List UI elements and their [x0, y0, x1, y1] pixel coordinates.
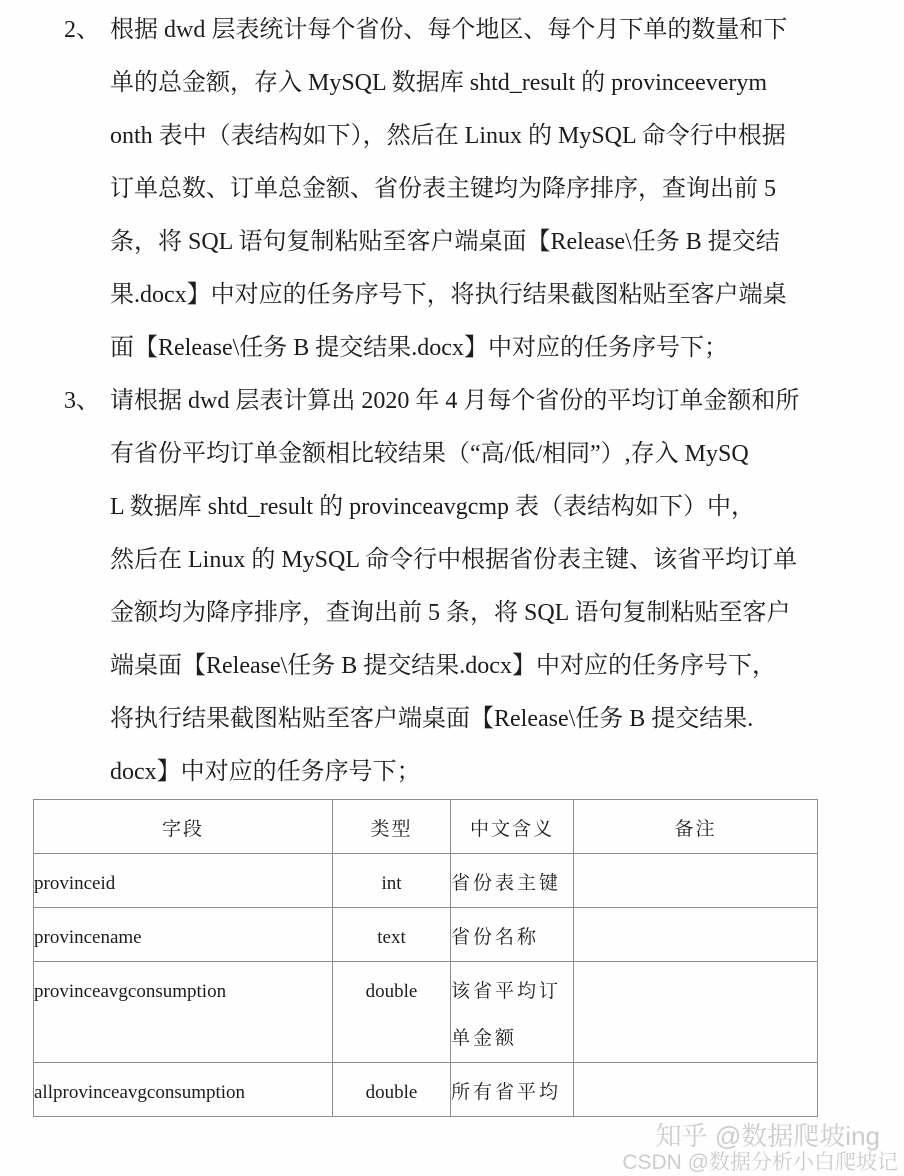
cell-meaning: 省份名称 — [451, 908, 574, 962]
task-text-line: 将执行结果截图粘贴至客户端桌面【Release\任务 B 提交结果. — [110, 693, 904, 746]
task-text-line: 有省份平均订单金额相比较结果（“高/低/相同”）,存入 MySQ — [110, 428, 904, 481]
cell-field: allprovinceavgconsumption — [34, 1063, 333, 1117]
cell-type: text — [333, 908, 451, 962]
cell-field: provincename — [34, 908, 333, 962]
task-text-line: 面【Release\任务 B 提交结果.docx】中对应的任务序号下； — [110, 322, 904, 375]
cell-meaning: 该省平均订 单金额 — [451, 962, 574, 1063]
cell-note — [574, 908, 818, 962]
table-row: provinceid int 省份表主键 — [34, 854, 818, 908]
cell-type: int — [333, 854, 451, 908]
table-header-row: 字段 类型 中文含义 备注 — [34, 800, 818, 854]
col-header-field: 字段 — [34, 800, 333, 854]
cell-type: double — [333, 962, 451, 1063]
task-text-line: 订单总数、订单总金额、省份表主键均为降序排序，查询出前 5 — [110, 163, 904, 216]
cell-field: provinceavgconsumption — [34, 962, 333, 1063]
task-text-line: 单的总金额，存入 MySQL 数据库 shtd_result 的 provinc… — [110, 57, 904, 110]
cell-meaning: 所有省平均 — [451, 1063, 574, 1117]
cell-meaning: 省份表主键 — [451, 854, 574, 908]
table-row: allprovinceavgconsumption double 所有省平均 — [34, 1063, 818, 1117]
task-text-line: 然后在 Linux 的 MySQL 命令行中根据省份表主键、该省平均订单 — [110, 534, 904, 587]
task-text-line: 端桌面【Release\任务 B 提交结果.docx】中对应的任务序号下， — [110, 640, 904, 693]
schema-table: 字段 类型 中文含义 备注 provinceid int 省份表主键 provi… — [33, 799, 818, 1117]
cell-note — [574, 854, 818, 908]
task-text-line: 果.docx】中对应的任务序号下，将执行结果截图粘贴至客户端桌 — [110, 269, 904, 322]
task-item-2: 2、 根据 dwd 层表统计每个省份、每个地区、每个月下单的数量和下 单的总金额… — [0, 4, 904, 375]
watermark-csdn: CSDN @数据分析小白爬坡记 — [622, 1146, 898, 1176]
task-text-line: onth 表中（表结构如下），然后在 Linux 的 MySQL 命令行中根据 — [110, 110, 904, 163]
cell-type: double — [333, 1063, 451, 1117]
task-text-line: docx】中对应的任务序号下； — [110, 746, 904, 799]
document-page: 2、 根据 dwd 层表统计每个省份、每个地区、每个月下单的数量和下 单的总金额… — [0, 0, 904, 1176]
task-number: 3、 — [64, 375, 100, 428]
task-list: 2、 根据 dwd 层表统计每个省份、每个地区、每个月下单的数量和下 单的总金额… — [0, 4, 904, 799]
table-row: provinceavgconsumption double 该省平均订 单金额 — [34, 962, 818, 1063]
cell-note — [574, 962, 818, 1063]
cell-field: provinceid — [34, 854, 333, 908]
task-text-line: 金额均为降序排序，查询出前 5 条，将 SQL 语句复制粘贴至客户 — [110, 587, 904, 640]
task-number: 2、 — [64, 4, 100, 57]
task-text-line: 请根据 dwd 层表计算出 2020 年 4 月每个省份的平均订单金额和所 — [110, 375, 904, 428]
cell-note — [574, 1063, 818, 1117]
task-text-line: L 数据库 shtd_result 的 provinceavgcmp 表（表结构… — [110, 481, 904, 534]
task-text-line: 条，将 SQL 语句复制粘贴至客户端桌面【Release\任务 B 提交结 — [110, 216, 904, 269]
col-header-type: 类型 — [333, 800, 451, 854]
task-item-3: 3、 请根据 dwd 层表计算出 2020 年 4 月每个省份的平均订单金额和所… — [0, 375, 904, 799]
col-header-note: 备注 — [574, 800, 818, 854]
task-text-line: 根据 dwd 层表统计每个省份、每个地区、每个月下单的数量和下 — [110, 4, 904, 57]
col-header-meaning: 中文含义 — [451, 800, 574, 854]
table-row: provincename text 省份名称 — [34, 908, 818, 962]
